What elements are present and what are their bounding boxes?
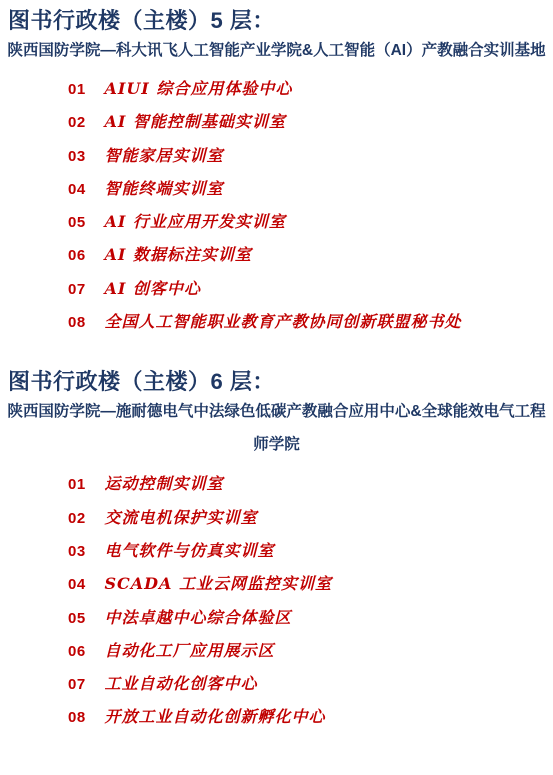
room-name: 自动化工厂应用展示区 <box>104 641 274 660</box>
room-name: AI 智能控制基础实训室 <box>104 112 285 131</box>
room-name: 运动控制实训室 <box>104 474 223 493</box>
section-subtitle-6f: 陕西国防学院—施耐德电气中法绿色低碳产教融合应用中心&全球能效电气工程师学院 <box>4 395 549 461</box>
section-title-5f: 图书行政楼（主楼）5 层： <box>8 0 553 34</box>
list-item: 06 自动化工厂应用展示区 <box>0 641 553 674</box>
room-number: 02 <box>68 113 100 133</box>
room-name: AI 数据标注实训室 <box>104 245 251 264</box>
room-name: 电气软件与仿真实训室 <box>104 541 274 560</box>
list-item: 08 全国人工智能职业教育产教协同创新联盟秘书处 <box>0 312 553 345</box>
list-item: 02 交流电机保护实训室 <box>0 508 553 541</box>
room-name: AI 行业应用开发实训室 <box>104 212 285 231</box>
list-item: 04 智能终端实训室 <box>0 179 553 212</box>
room-number: 08 <box>68 708 100 728</box>
section-title-6f: 图书行政楼（主楼）6 层： <box>8 345 553 395</box>
room-number: 06 <box>68 246 100 266</box>
list-item: 06 AI 数据标注实训室 <box>0 245 553 278</box>
room-number: 01 <box>68 475 100 495</box>
section-subtitle-5f: 陕西国防学院—科大讯飞人工智能产业学院&人工智能（AI）产教融合实训基地 <box>4 34 549 67</box>
room-number: 05 <box>68 609 100 629</box>
room-list-5f: 01 AIUI 综合应用体验中心 02 AI 智能控制基础实训室 03 智能家居… <box>0 79 553 345</box>
floor-section-5f: 图书行政楼（主楼）5 层： 陕西国防学院—科大讯飞人工智能产业学院&人工智能（A… <box>0 0 553 345</box>
list-item: 04 SCADA 工业云网监控实训室 <box>0 574 553 607</box>
list-item: 05 中法卓越中心综合体验区 <box>0 608 553 641</box>
room-number: 03 <box>68 542 100 562</box>
list-item: 01 AIUI 综合应用体验中心 <box>0 79 553 112</box>
floor-section-6f: 图书行政楼（主楼）6 层： 陕西国防学院—施耐德电气中法绿色低碳产教融合应用中心… <box>0 345 553 740</box>
room-name: 开放工业自动化创新孵化中心 <box>104 707 325 726</box>
room-name: AI 创客中心 <box>104 279 200 298</box>
room-number: 03 <box>68 147 100 167</box>
room-number: 05 <box>68 213 100 233</box>
room-number: 01 <box>68 80 100 100</box>
room-number: 06 <box>68 642 100 662</box>
list-item: 02 AI 智能控制基础实训室 <box>0 112 553 145</box>
list-item: 03 智能家居实训室 <box>0 146 553 179</box>
room-number: 07 <box>68 675 100 695</box>
room-name: 交流电机保护实训室 <box>104 508 257 527</box>
list-item: 05 AI 行业应用开发实训室 <box>0 212 553 245</box>
room-name: 全国人工智能职业教育产教协同创新联盟秘书处 <box>104 312 461 331</box>
room-name: AIUI 综合应用体验中心 <box>104 79 292 98</box>
list-item: 07 工业自动化创客中心 <box>0 674 553 707</box>
room-name: SCADA 工业云网监控实训室 <box>104 574 332 593</box>
floor-directory-page: 图书行政楼（主楼）5 层： 陕西国防学院—科大讯飞人工智能产业学院&人工智能（A… <box>0 0 553 775</box>
list-item: 07 AI 创客中心 <box>0 279 553 312</box>
room-name: 工业自动化创客中心 <box>104 674 257 693</box>
list-item: 08 开放工业自动化创新孵化中心 <box>0 707 553 740</box>
room-number: 07 <box>68 280 100 300</box>
list-item: 01 运动控制实训室 <box>0 474 553 507</box>
room-number: 04 <box>68 180 100 200</box>
room-number: 02 <box>68 509 100 529</box>
room-number: 04 <box>68 575 100 595</box>
room-name: 中法卓越中心综合体验区 <box>104 608 291 627</box>
room-name: 智能家居实训室 <box>104 146 223 165</box>
room-number: 08 <box>68 313 100 333</box>
list-item: 03 电气软件与仿真实训室 <box>0 541 553 574</box>
room-name: 智能终端实训室 <box>104 179 223 198</box>
room-list-6f: 01 运动控制实训室 02 交流电机保护实训室 03 电气软件与仿真实训室 04… <box>0 474 553 740</box>
